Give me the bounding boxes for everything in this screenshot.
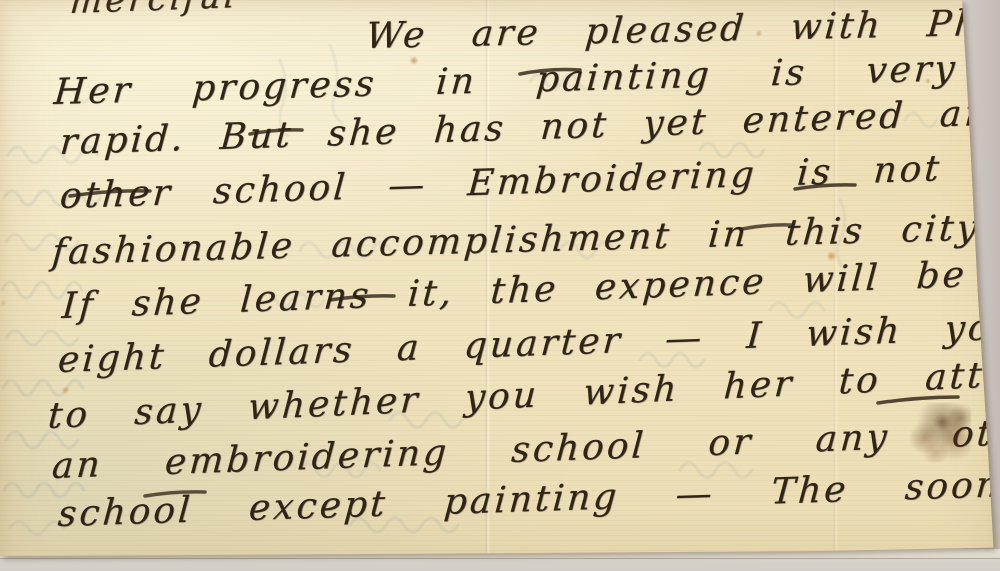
foxing-stain bbox=[755, 30, 763, 37]
letter-line-0: merciful bbox=[69, 0, 240, 22]
ink-bleed-through bbox=[0, 0, 1000, 571]
letter-photograph: merciful We are pleased with Phebe. Her … bbox=[0, 0, 1000, 571]
ink-emphasis-strokes bbox=[0, 0, 1000, 571]
letter-line-8: to say whether you wish her to attend bbox=[47, 352, 1000, 437]
letter-line-7: eight dollars a quarter — I wish you bbox=[57, 306, 1000, 381]
foxing-stain bbox=[0, 300, 7, 306]
foxing-stain bbox=[826, 251, 837, 261]
letter-paper-wrap: merciful We are pleased with Phebe. Her … bbox=[0, 0, 1000, 571]
letter-line-9: an embroidering school or any other bbox=[51, 411, 1000, 487]
letter-line-2: Her progress in painting is very bbox=[52, 48, 959, 113]
letter-line-6: If she learns it, the expence will be bbox=[61, 254, 969, 327]
letter-line-5: fashionable accomplishment in this city … bbox=[50, 206, 1000, 273]
ink-blotch bbox=[903, 403, 971, 463]
paper-crease bbox=[485, 0, 490, 556]
foxing-stain bbox=[61, 386, 70, 394]
foxing-stain bbox=[409, 56, 419, 65]
letter-paper: merciful We are pleased with Phebe. Her … bbox=[0, 0, 1000, 571]
letter-line-4: other school — Embroidering is not a bbox=[58, 146, 1000, 217]
foxing-stain bbox=[925, 78, 931, 84]
letter-line-1: We are pleased with Phebe. bbox=[364, 1, 1000, 57]
letter-line-3: rapid. But she has not yet entered any bbox=[58, 92, 1000, 163]
paper-crease bbox=[833, 0, 838, 556]
letter-line-10: school except painting — The sooner bbox=[56, 463, 1000, 535]
